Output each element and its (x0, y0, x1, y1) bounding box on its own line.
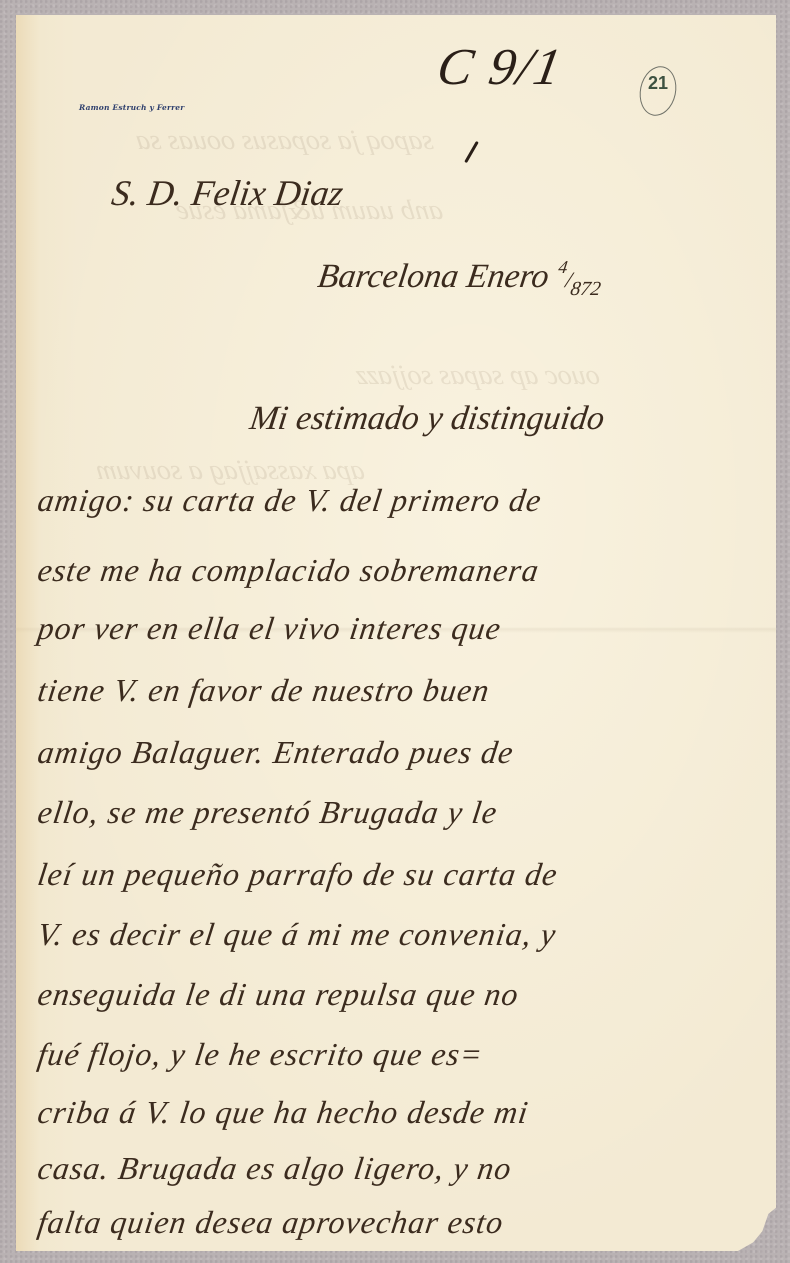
body-line: casa. Brugada es algo ligero, y no (35, 1150, 514, 1187)
addressee: S. D. Felix Diaz (109, 172, 346, 214)
letterhead: Ramon Estruch y Ferrer (79, 103, 184, 112)
body-line: por ver en ella el vivo interes que (35, 610, 503, 647)
body-line: amigo: su carta de V. del primero de (35, 482, 544, 519)
body-line: falta quien desea aprovechar esto (35, 1204, 506, 1241)
body-line: enseguida le di una repulsa que no (35, 976, 521, 1013)
body-line: amigo Balaguer. Enterado pues de (35, 734, 516, 771)
body-line: leí un pequeño parrafo de su carta de (35, 856, 560, 893)
body-line: V. es decir el que á mi me convenia, y (35, 916, 558, 953)
dateline: Barcelona Enero 4/872 (315, 258, 605, 296)
folio-number: 21 (648, 73, 668, 94)
bleed-through-text: sapoq ja sopasus oouas sa (134, 125, 436, 157)
body-line: ello, se me presentó Brugada y le (35, 794, 499, 831)
bleed-through-text: ouoc ap sapas sojjazz (354, 360, 602, 392)
body-line: tiene V. en favor de nuestro buen (35, 672, 492, 709)
body-line: fué flojo, y le he escrito que es= (35, 1036, 485, 1073)
dateline-place-month: Barcelona Enero (315, 258, 551, 295)
body-line: criba á V. lo que ha hecho desde mi (35, 1094, 531, 1131)
archive-reference-mark: C 9/1 (433, 38, 568, 97)
dateline-year: 872 (569, 278, 602, 300)
salutation: Mi estimado y distinguido (247, 400, 606, 438)
body-line: este me ha complacido sobremanera (35, 552, 541, 589)
